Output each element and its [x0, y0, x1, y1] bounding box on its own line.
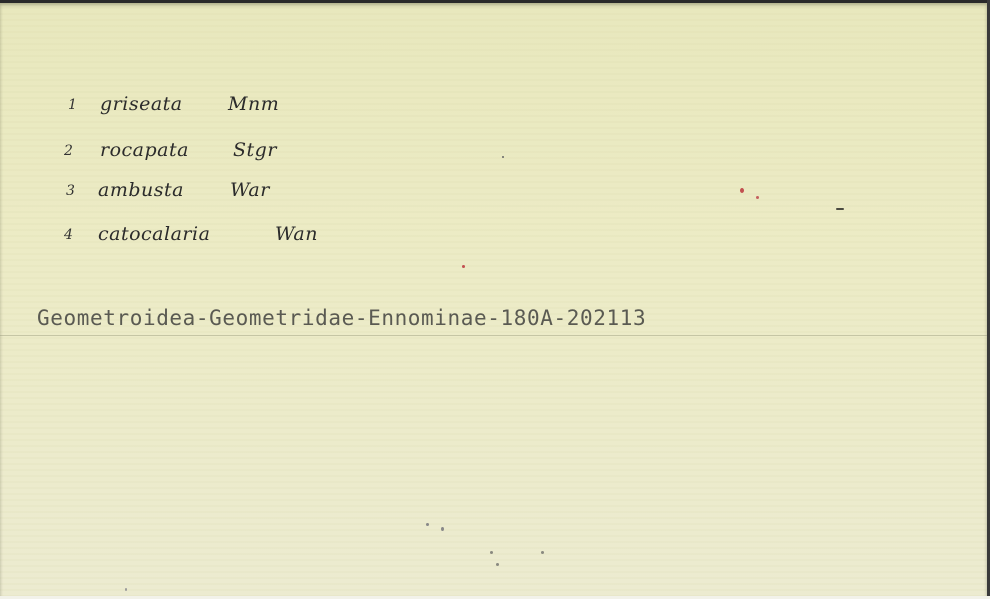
dust-speck: [496, 563, 499, 566]
entry-species-name: rocapata: [100, 139, 189, 161]
entry-species-name: griseata: [100, 93, 183, 115]
red-ink-mark: [756, 196, 759, 199]
red-ink-mark: [740, 188, 744, 193]
entry-number: 2: [64, 143, 73, 159]
entry-species-name: catocalaria: [98, 223, 210, 245]
entry-author: Stgr: [233, 139, 277, 161]
entry-number: 4: [64, 227, 73, 243]
entry-author: War: [230, 179, 270, 201]
divider-line: [0, 335, 987, 336]
entry-author: Wan: [275, 223, 318, 245]
entry-author: Mnm: [228, 93, 279, 115]
dust-speck: [125, 588, 127, 591]
red-ink-mark: [462, 265, 465, 268]
entry-number: 3: [66, 183, 75, 199]
entry-number: 1: [68, 97, 77, 113]
index-card: 1 griseata Mnm 2 rocapata Stgr 3 ambusta…: [0, 3, 987, 597]
entry-species-name: ambusta: [98, 179, 184, 201]
ink-dash-mark: [836, 208, 844, 210]
ink-dot-mark: [502, 156, 504, 158]
dust-speck: [541, 551, 544, 554]
dust-speck: [426, 523, 429, 526]
classification-label: Geometroidea-Geometridae-Ennominae-180A-…: [37, 306, 646, 330]
dust-speck: [490, 551, 493, 554]
dust-speck: [441, 527, 444, 531]
